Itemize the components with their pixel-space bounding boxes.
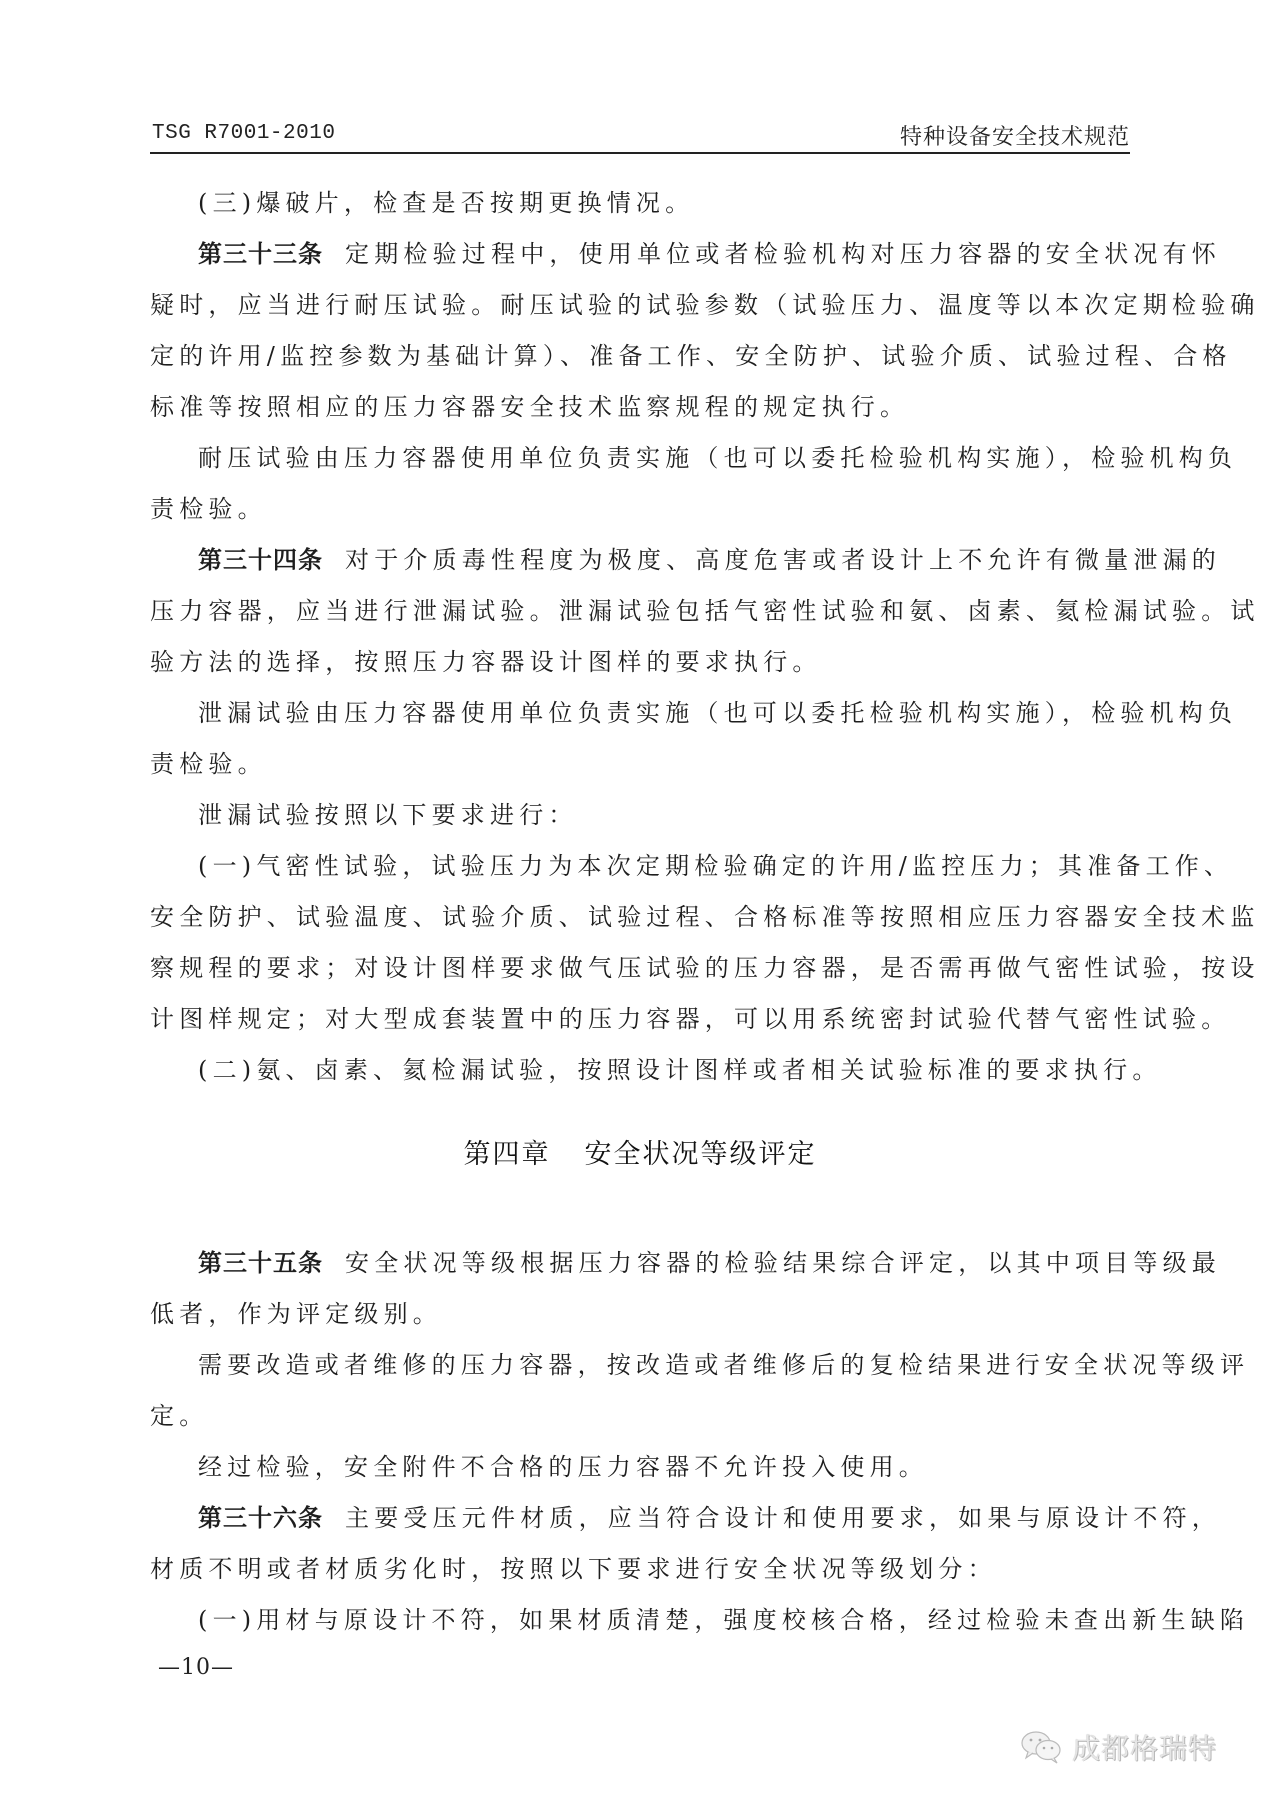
watermark-text: 成都格瑞特: [1072, 1727, 1217, 1767]
line-text: 低者，作为评定级别。: [150, 1300, 442, 1328]
document-page: TSG R7001-2010 特种设备安全技术规范 (三)爆破片，检查是否按期更…: [150, 0, 1130, 1810]
article-number: 第三十四条: [198, 546, 323, 574]
text-line: 验方法的选择，按照压力容器设计图样的要求执行。: [150, 637, 1130, 688]
header-rule: [150, 152, 1130, 154]
text-line: 泄漏试验按照以下要求进行：: [150, 790, 1130, 841]
text-line: 标准等按照相应的压力容器安全技术监察规程的规定执行。: [150, 382, 1130, 433]
text-line: 压力容器，应当进行泄漏试验。泄漏试验包括气密性试验和氨、卤素、氦检漏试验。试: [150, 586, 1130, 637]
line-text: (三)爆破片，检查是否按期更换情况。: [198, 189, 694, 217]
text-line: 第三十四条对于介质毒性程度为极度、高度危害或者设计上不允许有微量泄漏的: [150, 535, 1130, 586]
running-header: TSG R7001-2010 特种设备安全技术规范: [150, 122, 1130, 152]
text-line: 泄漏试验由压力容器使用单位负责实施（也可以委托检验机构实施），检验机构负: [150, 688, 1130, 739]
chapter-title: 安全状况等级评定: [585, 1139, 817, 1170]
line-text: 标准等按照相应的压力容器安全技术监察规程的规定执行。: [150, 393, 909, 421]
chapter-number: 第四章: [464, 1139, 551, 1170]
text-line: 责检验。: [150, 739, 1130, 790]
header-series-title: 特种设备安全技术规范: [900, 120, 1130, 151]
line-text: (一)气密性试验，试验压力为本次定期检验确定的许用/监控压力；其准备工作、: [198, 852, 1233, 880]
line-text: (二)氨、卤素、氦检漏试验，按照设计图样或者相关试验标准的要求执行。: [198, 1056, 1162, 1084]
text-line: 需要改造或者维修的压力容器，按改造或者维修后的复检结果进行安全状况等级评: [150, 1340, 1130, 1391]
text-line: 定。: [150, 1391, 1130, 1442]
text-line: 定的许用/监控参数为基础计算）、准备工作、安全防护、试验介质、试验过程、合格: [150, 331, 1130, 382]
text-line: 察规程的要求；对设计图样要求做气压试验的压力容器，是否需再做气密性试验，按设: [150, 943, 1130, 994]
line-text: 安全状况等级根据压力容器的检验结果综合评定，以其中项目等级最: [345, 1249, 1221, 1277]
watermark: 成都格瑞特: [1020, 1722, 1217, 1772]
line-text: 主要受压元件材质，应当符合设计和使用要求，如果与原设计不符，: [345, 1504, 1221, 1532]
text-line: 责检验。: [150, 484, 1130, 535]
body-section-before-chapter: (三)爆破片，检查是否按期更换情况。第三十三条定期检验过程中，使用单位或者检验机…: [150, 178, 1130, 1096]
line-text: 责检验。: [150, 750, 267, 778]
line-text: 定。: [150, 1402, 208, 1430]
text-line: (三)爆破片，检查是否按期更换情况。: [150, 178, 1130, 229]
article-number: 第三十六条: [198, 1504, 323, 1532]
line-text: 安全防护、试验温度、试验介质、试验过程、合格标准等按照相应压力容器安全技术监: [150, 903, 1260, 931]
line-text: (一)用材与原设计不符，如果材质清楚，强度校核合格，经过检验未查出新生缺陷: [198, 1606, 1249, 1634]
line-text: 定的许用/监控参数为基础计算）、准备工作、安全防护、试验介质、试验过程、合格: [150, 342, 1232, 370]
line-text: 经过检验，安全附件不合格的压力容器不允许投入使用。: [198, 1453, 928, 1481]
text-line: 第三十五条安全状况等级根据压力容器的检验结果综合评定，以其中项目等级最: [150, 1238, 1130, 1289]
chapter-heading: 第四章安全状况等级评定: [150, 1132, 1130, 1171]
standard-code: TSG R7001-2010: [152, 122, 335, 145]
line-text: 压力容器，应当进行泄漏试验。泄漏试验包括气密性试验和氨、卤素、氦检漏试验。试: [150, 597, 1260, 625]
text-line: 材质不明或者材质劣化时，按照以下要求进行安全状况等级划分：: [150, 1544, 1130, 1595]
text-line: 第三十六条主要受压元件材质，应当符合设计和使用要求，如果与原设计不符，: [150, 1493, 1130, 1544]
line-text: 察规程的要求；对设计图样要求做气压试验的压力容器，是否需再做气密性试验，按设: [150, 954, 1260, 982]
line-text: 定期检验过程中，使用单位或者检验机构对压力容器的安全状况有怀: [345, 240, 1221, 268]
text-line: 耐压试验由压力容器使用单位负责实施（也可以委托检验机构实施），检验机构负: [150, 433, 1130, 484]
line-text: 责检验。: [150, 495, 267, 523]
line-text: 对于介质毒性程度为极度、高度危害或者设计上不允许有微量泄漏的: [345, 546, 1221, 574]
line-text: 泄漏试验由压力容器使用单位负责实施（也可以委托检验机构实施），检验机构负: [198, 699, 1237, 727]
article-number: 第三十五条: [198, 1249, 323, 1277]
text-line: (一)气密性试验，试验压力为本次定期检验确定的许用/监控压力；其准备工作、: [150, 841, 1130, 892]
line-text: 材质不明或者材质劣化时，按照以下要求进行安全状况等级划分：: [150, 1555, 997, 1583]
text-line: 计图样规定；对大型成套装置中的压力容器，可以用系统密封试验代替气密性试验。: [150, 994, 1130, 1045]
line-text: 计图样规定；对大型成套装置中的压力容器，可以用系统密封试验代替气密性试验。: [150, 1005, 1230, 1033]
wechat-icon: [1020, 1729, 1064, 1765]
article-number: 第三十三条: [198, 240, 323, 268]
text-line: 低者，作为评定级别。: [150, 1289, 1130, 1340]
page-number: —10—: [158, 1655, 234, 1680]
text-line: (二)氨、卤素、氦检漏试验，按照设计图样或者相关试验标准的要求执行。: [150, 1045, 1130, 1096]
text-line: 经过检验，安全附件不合格的压力容器不允许投入使用。: [150, 1442, 1130, 1493]
line-text: 需要改造或者维修的压力容器，按改造或者维修后的复检结果进行安全状况等级评: [198, 1351, 1249, 1379]
line-text: 验方法的选择，按照压力容器设计图样的要求执行。: [150, 648, 822, 676]
line-text: 耐压试验由压力容器使用单位负责实施（也可以委托检验机构实施），检验机构负: [198, 444, 1237, 472]
text-line: 疑时，应当进行耐压试验。耐压试验的试验参数（试验压力、温度等以本次定期检验确: [150, 280, 1130, 331]
line-text: 泄漏试验按照以下要求进行：: [198, 801, 578, 829]
line-text: 疑时，应当进行耐压试验。耐压试验的试验参数（试验压力、温度等以本次定期检验确: [150, 291, 1260, 319]
text-line: 第三十三条定期检验过程中，使用单位或者检验机构对压力容器的安全状况有怀: [150, 229, 1130, 280]
text-line: 安全防护、试验温度、试验介质、试验过程、合格标准等按照相应压力容器安全技术监: [150, 892, 1130, 943]
body-section-after-chapter: 第三十五条安全状况等级根据压力容器的检验结果综合评定，以其中项目等级最低者，作为…: [150, 1238, 1130, 1646]
text-line: (一)用材与原设计不符，如果材质清楚，强度校核合格，经过检验未查出新生缺陷: [150, 1595, 1130, 1646]
